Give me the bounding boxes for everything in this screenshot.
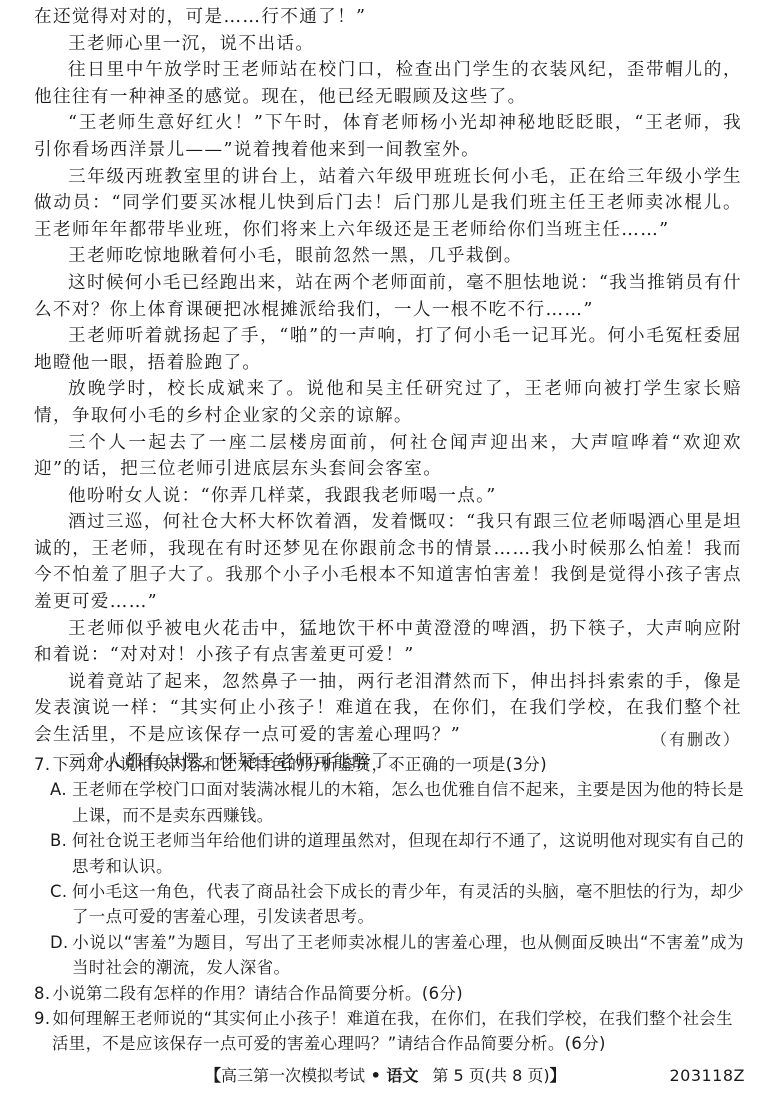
option-text: 王老师在学校门口面对装满冰棍儿的木箱，怎么也优雅自信不起来，主要是因为他的特长是… bbox=[72, 780, 744, 824]
adaptation-note: （有删改） bbox=[651, 727, 741, 750]
questions-section: 7.下列对小说相关内容和艺术特色的分析鉴赏，不正确的一项是(3分) A.王老师在… bbox=[34, 752, 744, 1057]
option-d: D.小说以“害羞”为题目，写出了王老师卖冰棍儿的害羞心理，也从侧面反映出“不害羞… bbox=[50, 930, 744, 981]
story-paragraph: “王老师生意好红火！”下午时，体育老师杨小光却神秘地眨眨眼，“王老师，我引你看场… bbox=[34, 110, 742, 163]
option-a: A.王老师在学校门口面对装满冰棍儿的木箱，怎么也优雅自信不起来，主要是因为他的特… bbox=[50, 777, 744, 828]
story-paragraph: 王老师听着就扬起了手，“啪”的一声响，打了何小毛一记耳光。何小毛冤枉委屈地瞪他一… bbox=[34, 323, 742, 376]
story-paragraph: 往日里中午放学时王老师站在校门口，检查出门学生的衣装风纪，歪带帽儿的，他往往有一… bbox=[34, 57, 742, 110]
option-letter: B. bbox=[50, 828, 72, 853]
question-8: 8.小说第二段有怎样的作用？请结合作品简要分析。(6分) bbox=[34, 981, 744, 1006]
footer-close-bracket: 】 bbox=[550, 1066, 566, 1085]
story-paragraph: 酒过三巡，何社仓大杯大杯饮着酒，发着慨叹：“我只有跟三位老师喝酒心里是坦诚的，王… bbox=[34, 509, 742, 615]
option-letter: A. bbox=[50, 777, 72, 802]
option-text: 何小毛这一角色，代表了商品社会下成长的青少年，有灵活的头脑，毫不胆怯的行为，却少… bbox=[72, 882, 744, 926]
exam-title: 高三第一次模拟考试 bbox=[221, 1066, 365, 1085]
option-text: 何社仓说王老师当年给他们讲的道理虽然对，但现在却行不通了，这说明他对现实有自己的… bbox=[72, 831, 744, 875]
question-9: 9.如何理解王老师说的“其实何止小孩子！难道在我，在你们，在我们学校，在我们整个… bbox=[34, 1006, 744, 1057]
story-paragraph: 这时候何小毛已经跑出来，站在两个老师面前，毫不胆怯地说：“我当推销员有什么不对？… bbox=[34, 270, 742, 323]
option-b: B.何社仓说王老师当年给他们讲的道理虽然对，但现在却行不通了，这说明他对现实有自… bbox=[50, 828, 744, 879]
page-footer: 【高三第一次模拟考试 • 语文第 5 页(共 8 页)】 203118Z bbox=[205, 1063, 745, 1089]
story-paragraph: 王老师心里一沉，说不出话。 bbox=[34, 31, 742, 58]
story-paragraph: 放晚学时，校长成斌来了。说他和吴主任研究过了，王老师向被打学生家长赔情，争取何小… bbox=[34, 376, 742, 429]
option-c: C.何小毛这一角色，代表了商品社会下成长的青少年，有灵活的头脑，毫不胆怯的行为，… bbox=[50, 879, 744, 930]
question-7: 7.下列对小说相关内容和艺术特色的分析鉴赏，不正确的一项是(3分) bbox=[34, 752, 744, 777]
story-paragraph: 说着竟站了起来，忽然鼻子一抽，两行老泪潸然而下，伸出抖抖索索的手，像是发表演说一… bbox=[34, 669, 742, 749]
question-stem: 下列对小说相关内容和艺术特色的分析鉴赏，不正确的一项是(3分) bbox=[52, 755, 547, 774]
story-paragraph: 在还觉得对对的，可是……行不通了！” bbox=[34, 4, 742, 31]
story-paragraph: 王老师吃惊地瞅着何小毛，眼前忽然一黑，几乎栽倒。 bbox=[34, 243, 742, 270]
story-paragraph: 他吩咐女人说：“你弄几样菜，我跟我老师喝一点。” bbox=[34, 483, 742, 510]
option-text: 小说以“害羞”为题目，写出了王老师卖冰棍儿的害羞心理，也从侧面反映出“不害羞”成… bbox=[72, 933, 744, 977]
footer-open-bracket: 【 bbox=[205, 1066, 221, 1085]
story-paragraph: 王老师似乎被电火花击中，猛地饮干杯中黄澄澄的啤酒，扔下筷子，大声响应附和着说：“… bbox=[34, 616, 742, 669]
option-letter: D. bbox=[50, 930, 72, 955]
story-text: 在还觉得对对的，可是……行不通了！” 王老师心里一沉，说不出话。 往日里中午放学… bbox=[34, 4, 742, 775]
page-number: 第 5 页(共 8 页) bbox=[432, 1066, 549, 1085]
subject-name: 语文 bbox=[386, 1066, 418, 1085]
question-stem: 小说第二段有怎样的作用？请结合作品简要分析。(6分) bbox=[52, 984, 463, 1003]
question-number: 8. bbox=[34, 984, 50, 1003]
story-paragraph: 三年级丙班教室里的讲台上，站着六年级甲班班长何小毛，正在给三年级小学生做动员：“… bbox=[34, 164, 742, 244]
exam-code: 203118Z bbox=[669, 1063, 745, 1089]
question-number: 9. bbox=[34, 1009, 50, 1028]
question-stem: 如何理解王老师说的“其实何止小孩子！难道在我，在你们，在我们学校，在我们整个社会… bbox=[52, 1009, 733, 1053]
exam-page: 在还觉得对对的，可是……行不通了！” 王老师心里一沉，说不出话。 往日里中午放学… bbox=[0, 0, 775, 1101]
story-paragraph: 三个人一起去了一座二层楼房面前，何社仓闻声迎出来，大声喧哗着“欢迎欢迎”的话，把… bbox=[34, 430, 742, 483]
question-number: 7. bbox=[34, 755, 50, 774]
footer-separator: • bbox=[365, 1066, 386, 1085]
option-letter: C. bbox=[50, 879, 72, 904]
